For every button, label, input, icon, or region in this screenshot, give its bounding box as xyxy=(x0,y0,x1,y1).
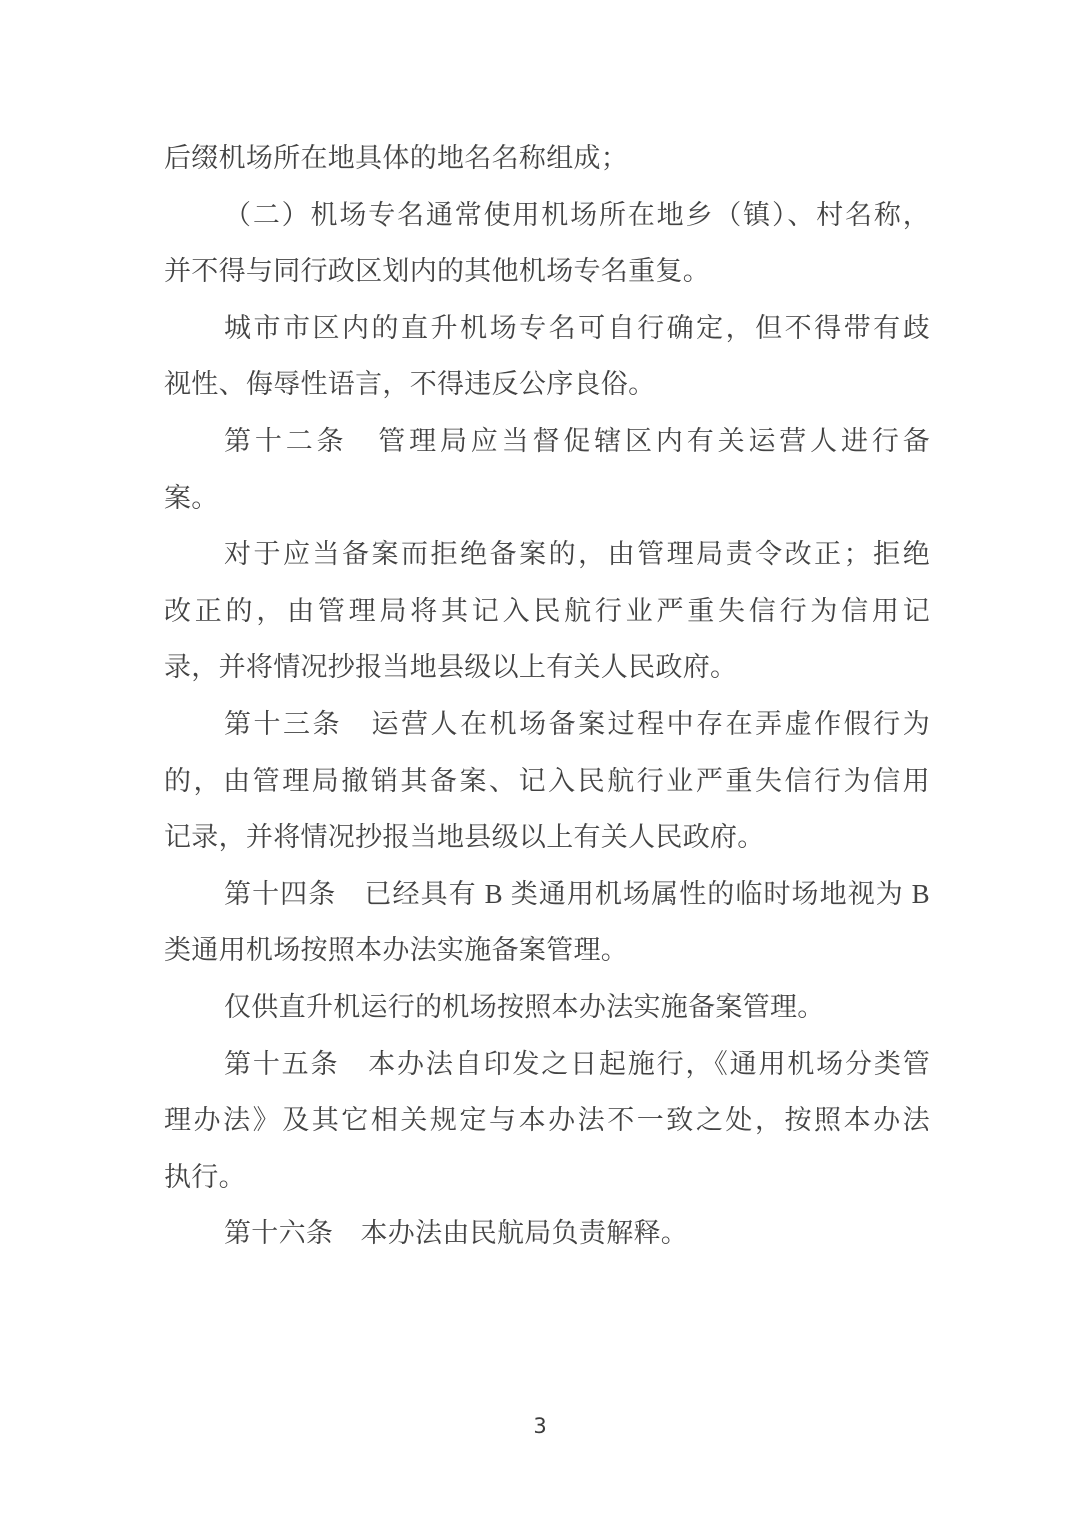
text-line: 第十五条 本办法自印发之日起施行，《通用机场分类管 xyxy=(164,1036,930,1093)
text-line: 执行。 xyxy=(164,1149,930,1206)
text-line: 理办法》及其它相关规定与本办法不一致之处，按照本办法 xyxy=(164,1092,930,1149)
document-body: 后缀机场所在地具体的地名名称组成；（二）机场专名通常使用机场所在地乡（镇）、村名… xyxy=(164,130,930,1262)
text-line: 记录，并将情况抄报当地县级以上有关人民政府。 xyxy=(164,809,930,866)
paragraph: 第十二条 管理局应当督促辖区内有关运营人进行备案。 xyxy=(164,413,930,526)
text-line: 并不得与同行政区划内的其他机场专名重复。 xyxy=(164,243,930,300)
text-line: 后缀机场所在地具体的地名名称组成； xyxy=(164,130,930,187)
page-number: 3 xyxy=(0,1410,1080,1442)
paragraph: 第十三条 运营人在机场备案过程中存在弄虚作假行为的，由管理局撤销其备案、记入民航… xyxy=(164,696,930,866)
paragraph: 第十五条 本办法自印发之日起施行，《通用机场分类管理办法》及其它相关规定与本办法… xyxy=(164,1036,930,1206)
text-line: 第十四条 已经具有 B 类通用机场属性的临时场地视为 B xyxy=(164,866,930,923)
text-line: 对于应当备案而拒绝备案的，由管理局责令改正；拒绝 xyxy=(164,526,930,583)
paragraph: 城市市区内的直升机场专名可自行确定，但不得带有歧视性、侮辱性语言，不得违反公序良… xyxy=(164,300,930,413)
text-line: 视性、侮辱性语言，不得违反公序良俗。 xyxy=(164,356,930,413)
text-line: 的，由管理局撤销其备案、记入民航行业严重失信行为信用 xyxy=(164,753,930,810)
paragraph: 第十六条 本办法由民航局负责解释。 xyxy=(164,1205,930,1262)
text-line: 录，并将情况抄报当地县级以上有关人民政府。 xyxy=(164,639,930,696)
paragraph: 第十四条 已经具有 B 类通用机场属性的临时场地视为 B类通用机场按照本办法实施… xyxy=(164,866,930,979)
text-line: 仅供直升机运行的机场按照本办法实施备案管理。 xyxy=(164,979,930,1036)
text-line: 第十三条 运营人在机场备案过程中存在弄虚作假行为 xyxy=(164,696,930,753)
text-line: 城市市区内的直升机场专名可自行确定，但不得带有歧 xyxy=(164,300,930,357)
text-line: 第十二条 管理局应当督促辖区内有关运营人进行备 xyxy=(164,413,930,470)
text-line: 类通用机场按照本办法实施备案管理。 xyxy=(164,922,930,979)
paragraph: （二）机场专名通常使用机场所在地乡（镇）、村名称，并不得与同行政区划内的其他机场… xyxy=(164,187,930,300)
text-line: 案。 xyxy=(164,470,930,527)
text-line: 改正的，由管理局将其记入民航行业严重失信行为信用记 xyxy=(164,583,930,640)
paragraph: 对于应当备案而拒绝备案的，由管理局责令改正；拒绝改正的，由管理局将其记入民航行业… xyxy=(164,526,930,696)
document-page: 后缀机场所在地具体的地名名称组成；（二）机场专名通常使用机场所在地乡（镇）、村名… xyxy=(0,0,1080,1527)
text-line: 第十六条 本办法由民航局负责解释。 xyxy=(164,1205,930,1262)
paragraph: 仅供直升机运行的机场按照本办法实施备案管理。 xyxy=(164,979,930,1036)
paragraph: 后缀机场所在地具体的地名名称组成； xyxy=(164,130,930,187)
text-line: （二）机场专名通常使用机场所在地乡（镇）、村名称， xyxy=(164,187,930,244)
